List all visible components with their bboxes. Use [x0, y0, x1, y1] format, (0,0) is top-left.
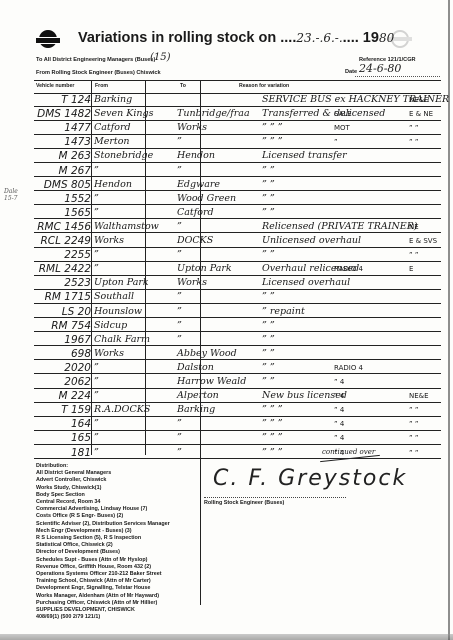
- reason-for-variation: ” ”: [262, 348, 447, 359]
- vehicle-number: 1552: [34, 193, 91, 205]
- distribution-item: Works Study, Chiswick(1): [36, 485, 170, 492]
- from-garage: Stonebridge: [94, 150, 172, 161]
- table-row: 1477CatfordWorks” ” ”MOT” ”: [34, 121, 441, 135]
- table-header: Vehicle number From To Reason for variat…: [34, 80, 441, 94]
- vehicle-number: RM 1715: [34, 291, 91, 303]
- reason-for-variation: ” ” ”: [262, 404, 447, 415]
- to-garage: ”: [177, 432, 255, 443]
- distribution-item: Development Engr, Signalling, Telstar Ho…: [36, 585, 170, 592]
- from-garage: Barking: [94, 94, 172, 105]
- from-garage: Hendon: [94, 179, 172, 190]
- vehicle-number: RM 754: [34, 320, 91, 332]
- distribution-item: Body Spec Section: [36, 492, 170, 499]
- document-title: Variations in rolling stock on ....23.-.…: [78, 30, 394, 46]
- table-row: 2523Upton ParkWorksLicensed overhaul: [34, 276, 441, 290]
- to-garage: Hendon: [177, 150, 255, 161]
- reason-for-variation: ” ”: [262, 376, 447, 387]
- to-garage: Works: [177, 277, 255, 288]
- note-column: ” 4: [334, 406, 344, 414]
- note-column: ” 4: [334, 434, 344, 442]
- table-row: M 224”AlpertonNew bus licensed” 4NE&E: [34, 389, 441, 403]
- page-bottom-edge: [0, 634, 453, 640]
- table-row: 698WorksAbbey Wood” ”: [34, 347, 441, 361]
- reason-for-variation: ” ” ”: [262, 136, 447, 147]
- reason-for-variation: ” ”: [262, 334, 447, 345]
- reason-for-variation: ” ”: [262, 249, 447, 260]
- to-garage: Upton Park: [177, 263, 255, 274]
- reason-for-variation: ” ”: [262, 320, 447, 331]
- signature-label: Rolling Stock Engineer (Buses): [204, 500, 284, 506]
- from-garage: ”: [94, 376, 172, 387]
- to-garage: Barking: [177, 404, 255, 415]
- reason-for-variation: ” ”: [262, 165, 447, 176]
- distribution-item: Director of Development (Buses): [36, 549, 170, 556]
- london-transport-roundel-icon: [36, 30, 60, 50]
- reason-for-variation: ” ” ”: [262, 418, 447, 429]
- from-garage: ”: [94, 207, 172, 218]
- district-column: ” ”: [409, 420, 418, 428]
- from-garage: Sidcup: [94, 320, 172, 331]
- to-garage: ”: [177, 447, 255, 458]
- reason-for-variation: ” ” ”: [262, 122, 447, 133]
- note-column: SALE: [334, 110, 352, 118]
- from-garage: ”: [94, 362, 172, 373]
- reason-for-variation: ” ”: [262, 291, 447, 302]
- table-row: T 124BarkingSERVICE BUS ex HACKNEY TRAIN…: [34, 93, 441, 107]
- district-column: E: [409, 265, 413, 273]
- from-garage: ”: [94, 390, 172, 401]
- from-garage: Chalk Farm: [94, 334, 172, 345]
- vehicle-number: 2523: [34, 277, 91, 289]
- title-date: 23.-.6.-.: [296, 31, 342, 45]
- signature-line: [204, 497, 346, 498]
- from-garage: ”: [94, 432, 172, 443]
- to-garage: Alperton: [177, 390, 255, 401]
- district-column: ” ”: [409, 138, 418, 146]
- distribution-item: Scientific Adviser (2), Distribution Ser…: [36, 521, 170, 528]
- reason-for-variation: Relicensed (PRIVATE TRAINER): [262, 221, 447, 232]
- to-line: To All District Engineering Managers (Bu…: [36, 57, 155, 63]
- table-row: 1473Merton”” ” ””” ”: [34, 135, 441, 149]
- distribution-item: Statistical Office, Chiswick (2): [36, 542, 170, 549]
- vehicle-number: 2020: [34, 362, 91, 374]
- from-garage: Hounslow: [94, 306, 172, 317]
- to-garage: Harrow Weald: [177, 376, 255, 387]
- to-garage: ”: [177, 249, 255, 260]
- to-garage: ”: [177, 136, 255, 147]
- to-garage: Tunbridge/fraa: [177, 108, 255, 119]
- note-column: MOT: [334, 124, 350, 132]
- to-garage: ”: [177, 320, 255, 331]
- date-underline: [355, 76, 440, 77]
- vehicle-number: M 263: [34, 150, 91, 162]
- distribution-item: Revenue Office, Griffith House, Room 432…: [36, 564, 170, 571]
- sheet-number: (15): [150, 52, 171, 63]
- vehicle-number: RCL 2249: [34, 235, 91, 247]
- from-garage: Southall: [94, 291, 172, 302]
- to-garage: Edgware: [177, 179, 255, 190]
- distribution-item: Operations Systems Officer 210-212 Baker…: [36, 571, 170, 578]
- from-garage: Seven Kings: [94, 108, 172, 119]
- table-row: DMS 805HendonEdgware” ”: [34, 178, 441, 192]
- table-row: 164””” ” ”” 4” ”: [34, 417, 441, 431]
- continued-note: continued over: [322, 448, 375, 456]
- reason-for-variation: ” ”: [262, 179, 447, 190]
- vehicle-number: M 267: [34, 165, 91, 177]
- district-column: NE&E: [409, 392, 429, 400]
- table-row: RML 2422”Upton ParkOverhaul relicensedRA…: [34, 262, 441, 276]
- reason-for-variation: ” repaint: [262, 306, 447, 317]
- title-prefix: Variations in rolling stock on: [78, 30, 276, 46]
- table-row: RM 754Sidcup”” ”: [34, 319, 441, 333]
- vehicle-number: LS 20: [34, 306, 91, 318]
- to-garage: Wood Green: [177, 193, 255, 204]
- distribution-item: Mech Engr (Development - Buses) (3): [36, 528, 170, 535]
- table-row: 1967Chalk Farm”” ”: [34, 333, 441, 347]
- to-garage: Dalston: [177, 362, 255, 373]
- table-row: M 263StonebridgeHendonLicensed transfer: [34, 149, 441, 163]
- table-row: 1552”Wood Green” ”: [34, 192, 441, 206]
- distribution-item: All District General Managers: [36, 470, 170, 477]
- to-garage: Catford: [177, 207, 255, 218]
- col-reason: Reason for variation: [239, 83, 289, 89]
- from-garage: ”: [94, 263, 172, 274]
- from-garage: Works: [94, 235, 172, 246]
- reason-for-variation: Licensed overhaul: [262, 277, 447, 288]
- vehicle-number: 2062: [34, 376, 91, 388]
- table-row: 181””” ” ”” 4” ”: [34, 446, 441, 460]
- from-garage: ”: [94, 193, 172, 204]
- margin-note: Dale 15-7: [4, 188, 18, 202]
- from-garage: Walthamstow: [94, 221, 172, 232]
- from-garage: R.A.DOCKS: [94, 404, 172, 415]
- distribution-item: 408/69(1) (500 2/79 121/1): [36, 614, 170, 621]
- distribution-item: Works Manager, Aldenham (Attn of Mr Hayw…: [36, 593, 170, 600]
- distribution-item: SUPPLIES DEVELOPMENT, CHISWICK: [36, 607, 170, 614]
- note-column: ” 4: [334, 392, 344, 400]
- vehicle-number: T 159: [34, 404, 91, 416]
- signature: C. F. Greystock: [213, 466, 407, 491]
- to-garage: ”: [177, 291, 255, 302]
- table-row: 1565”Catford” ”: [34, 206, 441, 220]
- vehicle-number: T 124: [34, 94, 91, 106]
- note-column: ” 4: [334, 378, 344, 386]
- distribution-list: Distribution: All District General Manag…: [36, 463, 170, 621]
- table-row: T 159R.A.DOCKSBarking” ” ”” 4” ”: [34, 403, 441, 417]
- distribution-item: Commercial Advertising, Lindsay House (7…: [36, 506, 170, 513]
- to-garage: ”: [177, 221, 255, 232]
- distribution-item: Purchasing Officer, Chiswick (Attn of Mr…: [36, 600, 170, 607]
- table-row: RCL 2249WorksDOCKSUnlicensed overhaulE &…: [34, 234, 441, 248]
- to-garage: ”: [177, 165, 255, 176]
- to-garage: ”: [177, 334, 255, 345]
- col-vehicle-number: Vehicle number: [36, 83, 74, 89]
- distribution-item: Training School, Chiswick (Attn of Mr Ca…: [36, 578, 170, 585]
- vehicle-number: 165: [34, 432, 91, 444]
- vehicle-number: 1565: [34, 207, 91, 219]
- vehicle-number: 1473: [34, 136, 91, 148]
- reason-for-variation: ” ”: [262, 207, 447, 218]
- note-column: ” 4: [334, 420, 344, 428]
- note-column: RADIO 4: [334, 265, 363, 273]
- table-row: 2062”Harrow Weald” ”” 4: [34, 375, 441, 389]
- vehicle-number: M 224: [34, 390, 91, 402]
- from-garage: Catford: [94, 122, 172, 133]
- district-column: ” ”: [409, 406, 418, 414]
- district-column: ” ”: [409, 251, 418, 259]
- vehicle-number: 2255: [34, 249, 91, 261]
- vehicle-number: 181: [34, 447, 91, 459]
- from-line: From Rolling Stock Engineer (Buses) Chis…: [36, 70, 161, 76]
- table-row: RM 1715Southall”” ”: [34, 290, 441, 304]
- vehicle-number: DMS 805: [34, 179, 91, 191]
- district-column: ” ”: [409, 449, 418, 457]
- vehicle-number: 1477: [34, 122, 91, 134]
- date-label: Date: [345, 69, 357, 75]
- from-garage: ”: [94, 249, 172, 260]
- distribution-item: Advert Controller, Chiswick: [36, 477, 170, 484]
- vehicle-number: DMS 1482: [34, 108, 91, 120]
- distribution-item: Central Record, Room 34: [36, 499, 170, 506]
- to-garage: ”: [177, 306, 255, 317]
- district-column: ” ”: [409, 434, 418, 442]
- vehicle-number: 1967: [34, 334, 91, 346]
- from-garage: ”: [94, 418, 172, 429]
- distribution-heading: Distribution:: [36, 463, 170, 470]
- reason-for-variation: ” ”: [262, 193, 447, 204]
- from-garage: Works: [94, 348, 172, 359]
- title-year: 80: [379, 31, 394, 45]
- district-column: E & NE: [409, 110, 433, 118]
- table-row: M 267””” ”: [34, 164, 441, 178]
- district-column: NE&E: [409, 96, 429, 104]
- reason-for-variation: Licensed transfer: [262, 150, 447, 161]
- note-column: ”: [334, 138, 338, 146]
- date-value: 24-6-80: [359, 62, 401, 75]
- reason-for-variation: ” ” ”: [262, 432, 447, 443]
- to-garage: DOCKS: [177, 235, 255, 246]
- table-row: 2020”Dalston” ”RADIO 4: [34, 361, 441, 375]
- from-garage: Upton Park: [94, 277, 172, 288]
- from-garage: ”: [94, 165, 172, 176]
- table-row: RMC 1456Walthamstow”Relicensed (PRIVATE …: [34, 220, 441, 234]
- to-garage: ”: [177, 418, 255, 429]
- vehicle-number: 698: [34, 348, 91, 360]
- distribution-item: Schedules Supt - Buses (Attn of Mr Hyslo…: [36, 557, 170, 564]
- col-from: From: [95, 83, 108, 89]
- note-column: RADIO 4: [334, 364, 363, 372]
- table-row: DMS 1482Seven KingsTunbridge/fraaTransfe…: [34, 107, 441, 121]
- from-garage: ”: [94, 447, 172, 458]
- distribution-item: Costs Office (R S Engr- Buses) (2): [36, 513, 170, 520]
- distribution-item: R S Licensing Section (5), R S Inspectio…: [36, 535, 170, 542]
- table-row: LS 20Hounslow”” repaint: [34, 305, 441, 319]
- document-page: Variations in rolling stock on ....23.-.…: [0, 0, 453, 640]
- district-column: E & SVS: [409, 237, 437, 245]
- vehicle-number: RMC 1456: [34, 221, 91, 233]
- from-garage: Merton: [94, 136, 172, 147]
- to-garage: Works: [177, 122, 255, 133]
- table-row: 165””” ” ”” 4” ”: [34, 431, 441, 445]
- col-to: To: [180, 83, 186, 89]
- district-column: NE: [409, 223, 419, 231]
- to-garage: Abbey Wood: [177, 348, 255, 359]
- vehicle-number: RML 2422: [34, 263, 91, 275]
- district-column: ” ”: [409, 124, 418, 132]
- vehicle-number: 164: [34, 418, 91, 430]
- table-row: 2255””” ”” ”: [34, 248, 441, 262]
